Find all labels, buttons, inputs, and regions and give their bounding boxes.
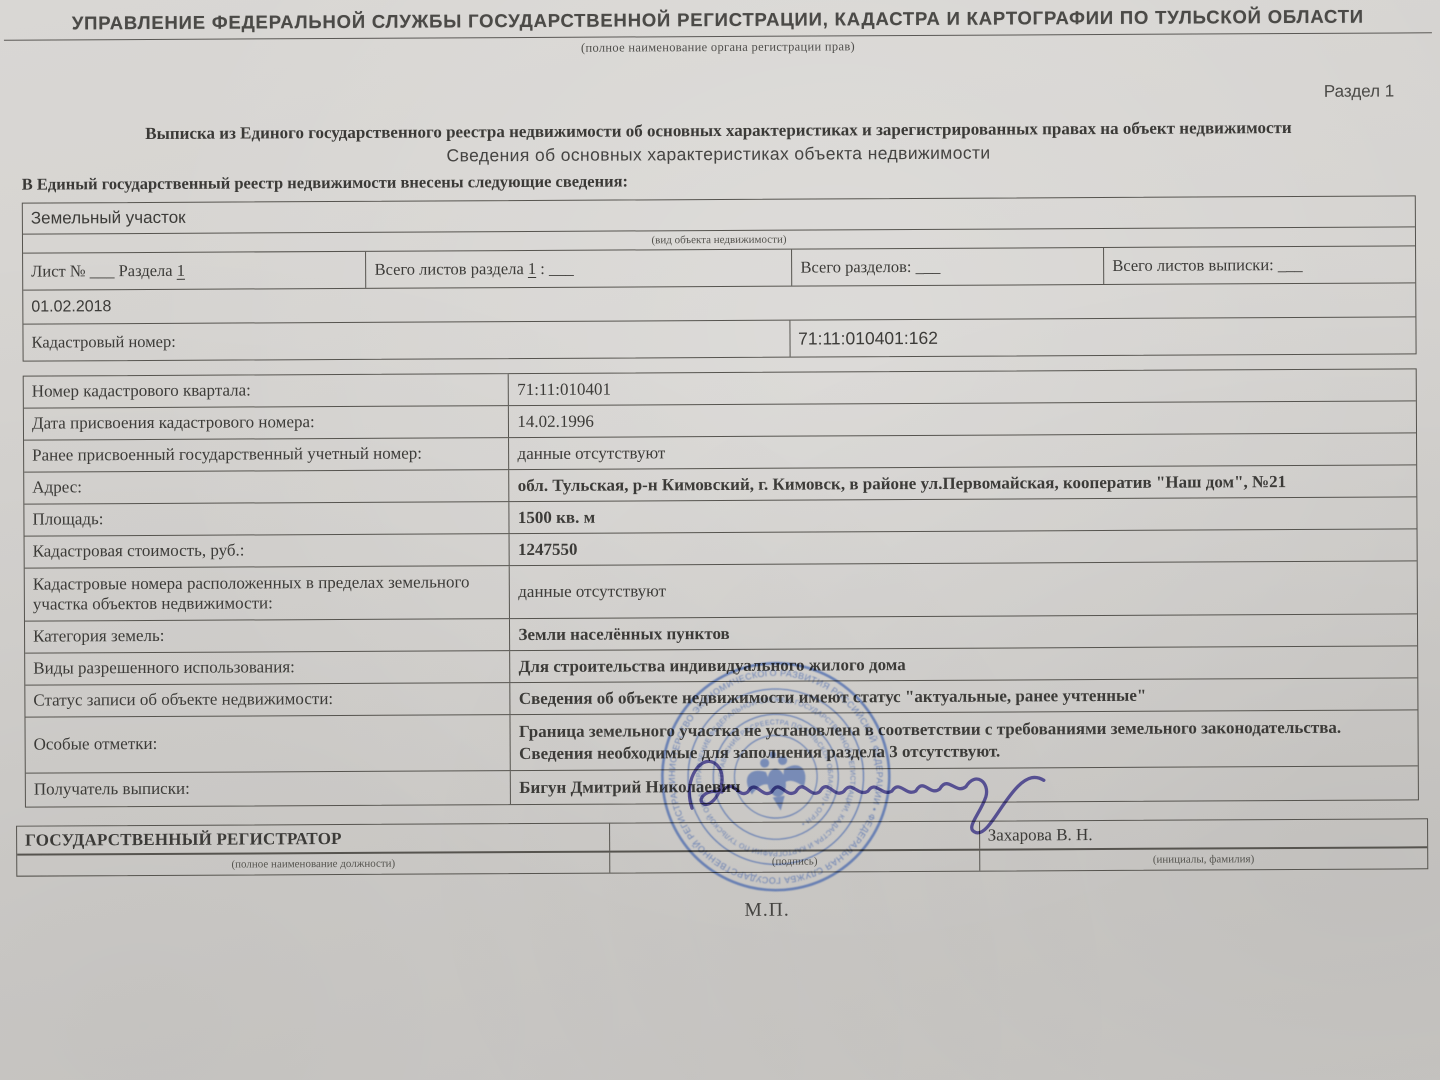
position-caption: (полное наименование должности)	[25, 856, 601, 873]
sheet-cell1-pre: Лист №	[31, 261, 90, 280]
row-label: Ранее присвоенный государственный учетны…	[24, 439, 509, 470]
cadastral-number-row: Кадастровый номер: 71:11:010401:162	[23, 316, 1415, 360]
row-label: Площадь:	[24, 503, 509, 534]
row-value: 1247550	[509, 529, 1417, 565]
row-label: Кадастровая стоимость, руб.:	[25, 535, 510, 566]
extract-sheets-total-cell: Всего листов выписки: ___	[1103, 246, 1415, 284]
egrn-extract-sheet: УПРАВЛЕНИЕ ФЕДЕРАЛЬНОЙ СЛУЖБЫ ГОСУДАРСТВ…	[0, 0, 1440, 1080]
sheet-cell2-post: : ___	[536, 259, 574, 278]
document-subtitle: Сведения об основных характеристиках объ…	[0, 140, 1439, 169]
name-caption: (инициалы, фамилия)	[988, 851, 1419, 867]
sheet-cell1-blank: ___	[90, 261, 115, 280]
sheet-cell2-number: 1	[528, 259, 536, 278]
row-label: Номер кадастрового квартала:	[24, 375, 509, 406]
intro-line: В Единый государственный реестр недвижим…	[22, 167, 1439, 194]
sheet-cell2-pre: Всего листов раздела	[375, 259, 528, 279]
row-label: Дата присвоения кадастрового номера:	[24, 407, 509, 438]
row-label: Адрес:	[24, 471, 509, 502]
sheet-cell1-mid: Раздела	[114, 261, 176, 280]
registrar-position: ГОСУДАРСТВЕННЫЙ РЕГИСТРАТОР	[17, 824, 609, 853]
row-label: Виды разрешенного использования:	[25, 652, 510, 683]
sheets-total-cell: Всего листов раздела 1 : ___	[365, 250, 791, 288]
row-value: 14.02.1996	[508, 401, 1416, 437]
row-value: данные отсутствуют	[509, 561, 1417, 618]
sheet-number-cell: Лист № ___ Раздела 1	[23, 252, 366, 290]
cadastral-number-value: 71:11:010401:162	[789, 317, 1416, 356]
row-label: Категория земель:	[25, 620, 510, 651]
extract-date: 01.02.2018	[23, 295, 119, 320]
row-label: Статус записи об объекте недвижимости:	[25, 684, 510, 715]
row-label: Получатель выписки:	[26, 773, 511, 804]
name-caption-cell: (инициалы, фамилия)	[979, 848, 1428, 870]
cadastral-number-label: Кадастровый номер:	[23, 326, 789, 356]
details-row-inner-objects: Кадастровые номера расположенных в преде…	[25, 560, 1417, 620]
row-value: Земли населённых пунктов	[509, 614, 1417, 650]
object-type: Земельный участок	[23, 205, 194, 232]
row-value: данные отсутствуют	[508, 433, 1416, 469]
handwritten-signature-icon	[678, 740, 1065, 842]
org-name-header: УПРАВЛЕНИЕ ФЕДЕРАЛЬНОЙ СЛУЖБЫ ГОСУДАРСТВ…	[4, 0, 1432, 41]
object-info-table: Земельный участок (вид объекта недвижимо…	[22, 195, 1417, 361]
row-value: 1500 кв. м	[509, 497, 1417, 533]
object-type-caption: (вид объекта недвижимости)	[643, 231, 794, 250]
row-value: 71:11:010401	[508, 369, 1416, 405]
sections-total-cell: Всего разделов: ___	[791, 248, 1103, 286]
sheet-numbers-row: Лист № ___ Раздела 1 Всего листов раздел…	[23, 245, 1415, 289]
position-caption-cell: (полное наименование должности)	[17, 853, 609, 876]
seal-place-mark: М.П.	[744, 896, 1440, 922]
row-label: Кадастровые номера расположенных в преде…	[25, 568, 510, 619]
row-value: обл. Тульская, р-н Кимовский, г. Кимовск…	[509, 465, 1417, 501]
scanned-document-page: УПРАВЛЕНИЕ ФЕДЕРАЛЬНОЙ СЛУЖБЫ ГОСУДАРСТВ…	[0, 0, 1440, 1080]
sheet-cell1-number: 1	[177, 261, 185, 280]
row-label: Особые отметки:	[26, 728, 511, 759]
section-label: Раздел 1	[0, 81, 1394, 108]
